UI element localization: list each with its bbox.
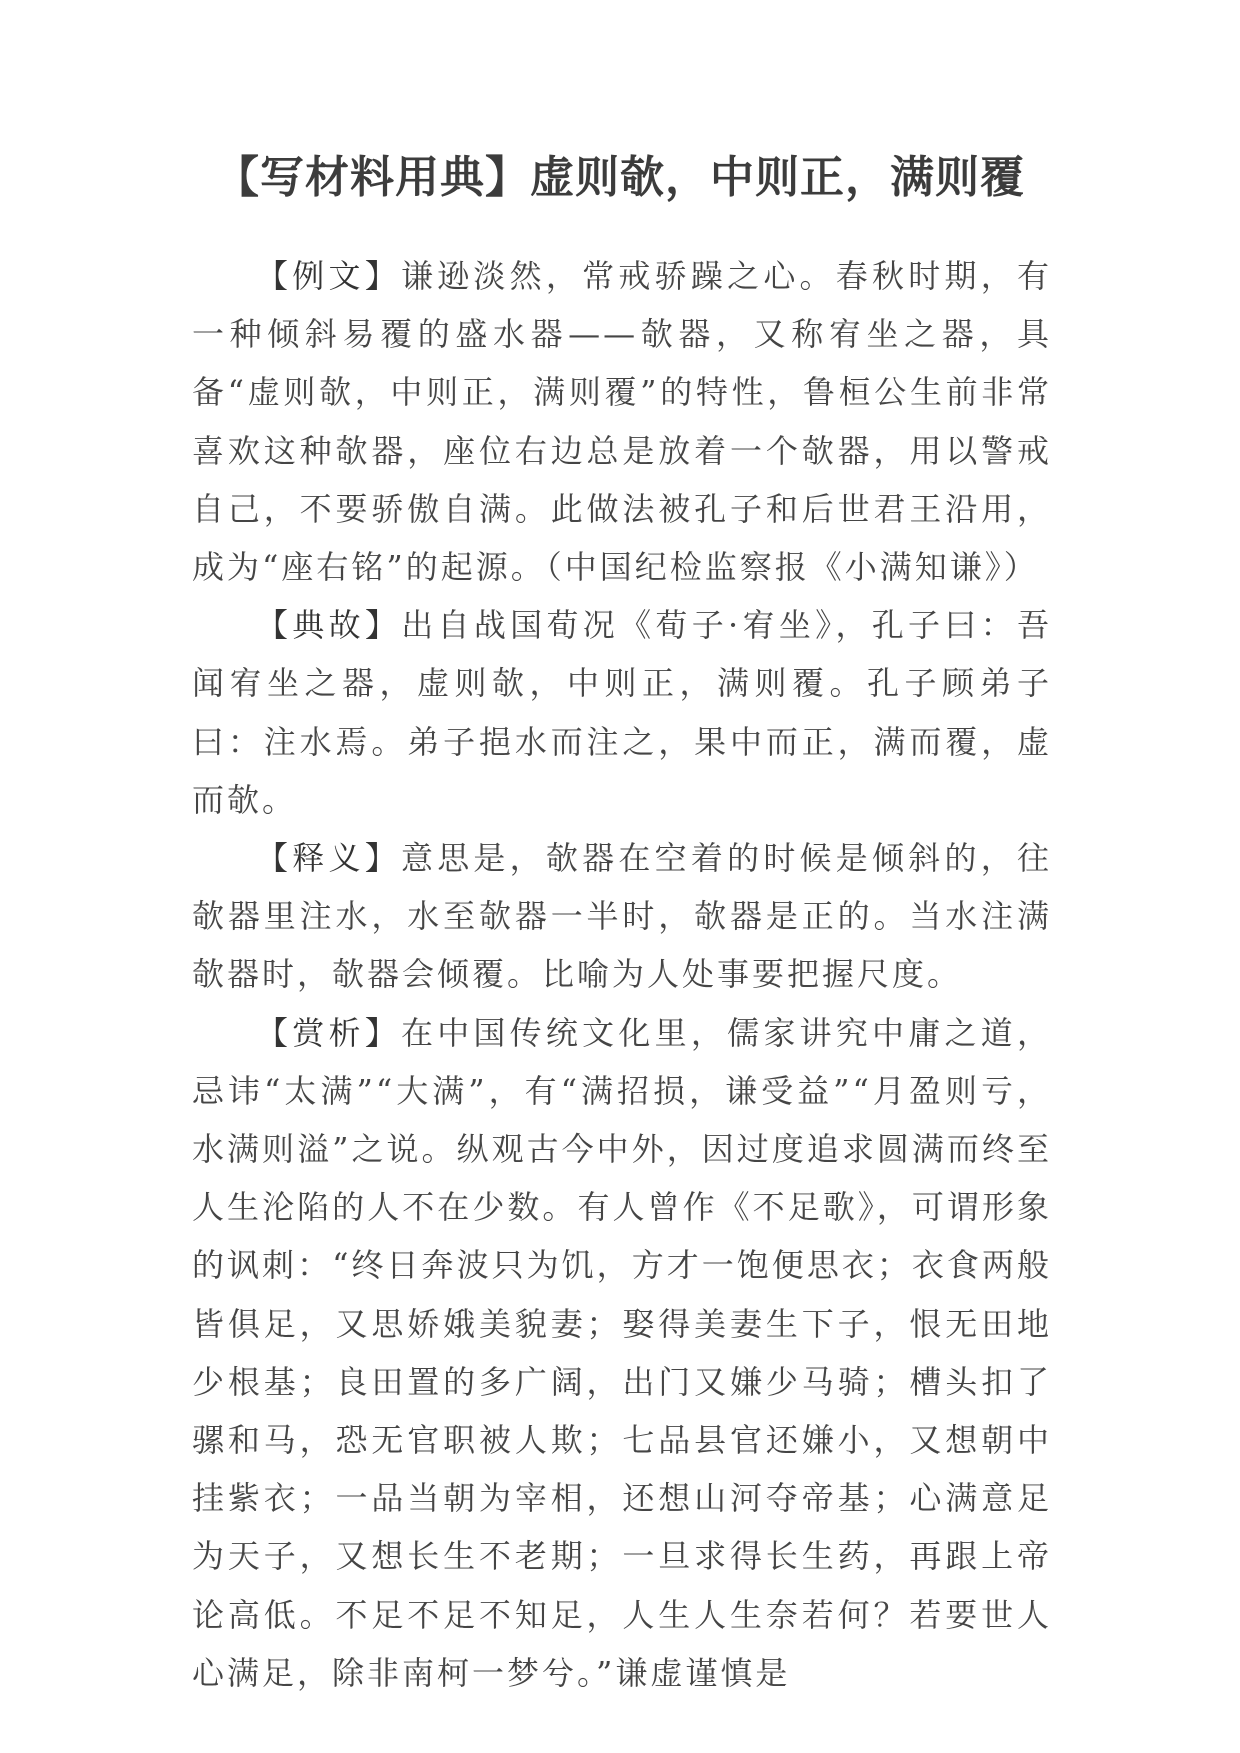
- paragraph-text: 在中国传统文化里，儒家讲究中庸之道，忌讳“太满”“大满”，有“满招损，谦受益”“…: [192, 1014, 1052, 1692]
- paragraph-tag: 【典故】: [256, 606, 401, 644]
- document-body: 【例文】谦逊淡然，常戒骄躁之心。春秋时期，有一种倾斜易覆的盛水器——欹器，又称宥…: [192, 247, 1052, 1702]
- paragraph-appreciation: 【赏析】在中国传统文化里，儒家讲究中庸之道，忌讳“太满”“大满”，有“满招损，谦…: [192, 1004, 1052, 1702]
- paragraph-example: 【例文】谦逊淡然，常戒骄躁之心。春秋时期，有一种倾斜易覆的盛水器——欹器，又称宥…: [192, 247, 1052, 596]
- paragraph-meaning: 【释义】意思是，欹器在空着的时候是倾斜的，往欹器里注水，水至欹器一半时，欹器是正…: [192, 829, 1052, 1004]
- paragraph-allusion: 【典故】出自战国荀况《荀子·宥坐》，孔子曰：吾闻宥坐之器，虚则欹，中则正，满则覆…: [192, 596, 1052, 829]
- paragraph-text: 谦逊淡然，常戒骄躁之心。春秋时期，有一种倾斜易覆的盛水器——欹器，又称宥坐之器，…: [192, 257, 1052, 586]
- document-title: 【写材料用典】虚则欹，中则正，满则覆: [0, 148, 1240, 208]
- paragraph-tag: 【赏析】: [256, 1014, 401, 1052]
- paragraph-tag: 【例文】: [256, 257, 401, 295]
- document-page: 【写材料用典】虚则欹，中则正，满则覆 【例文】谦逊淡然，常戒骄躁之心。春秋时期，…: [0, 0, 1240, 1753]
- paragraph-tag: 【释义】: [256, 839, 401, 877]
